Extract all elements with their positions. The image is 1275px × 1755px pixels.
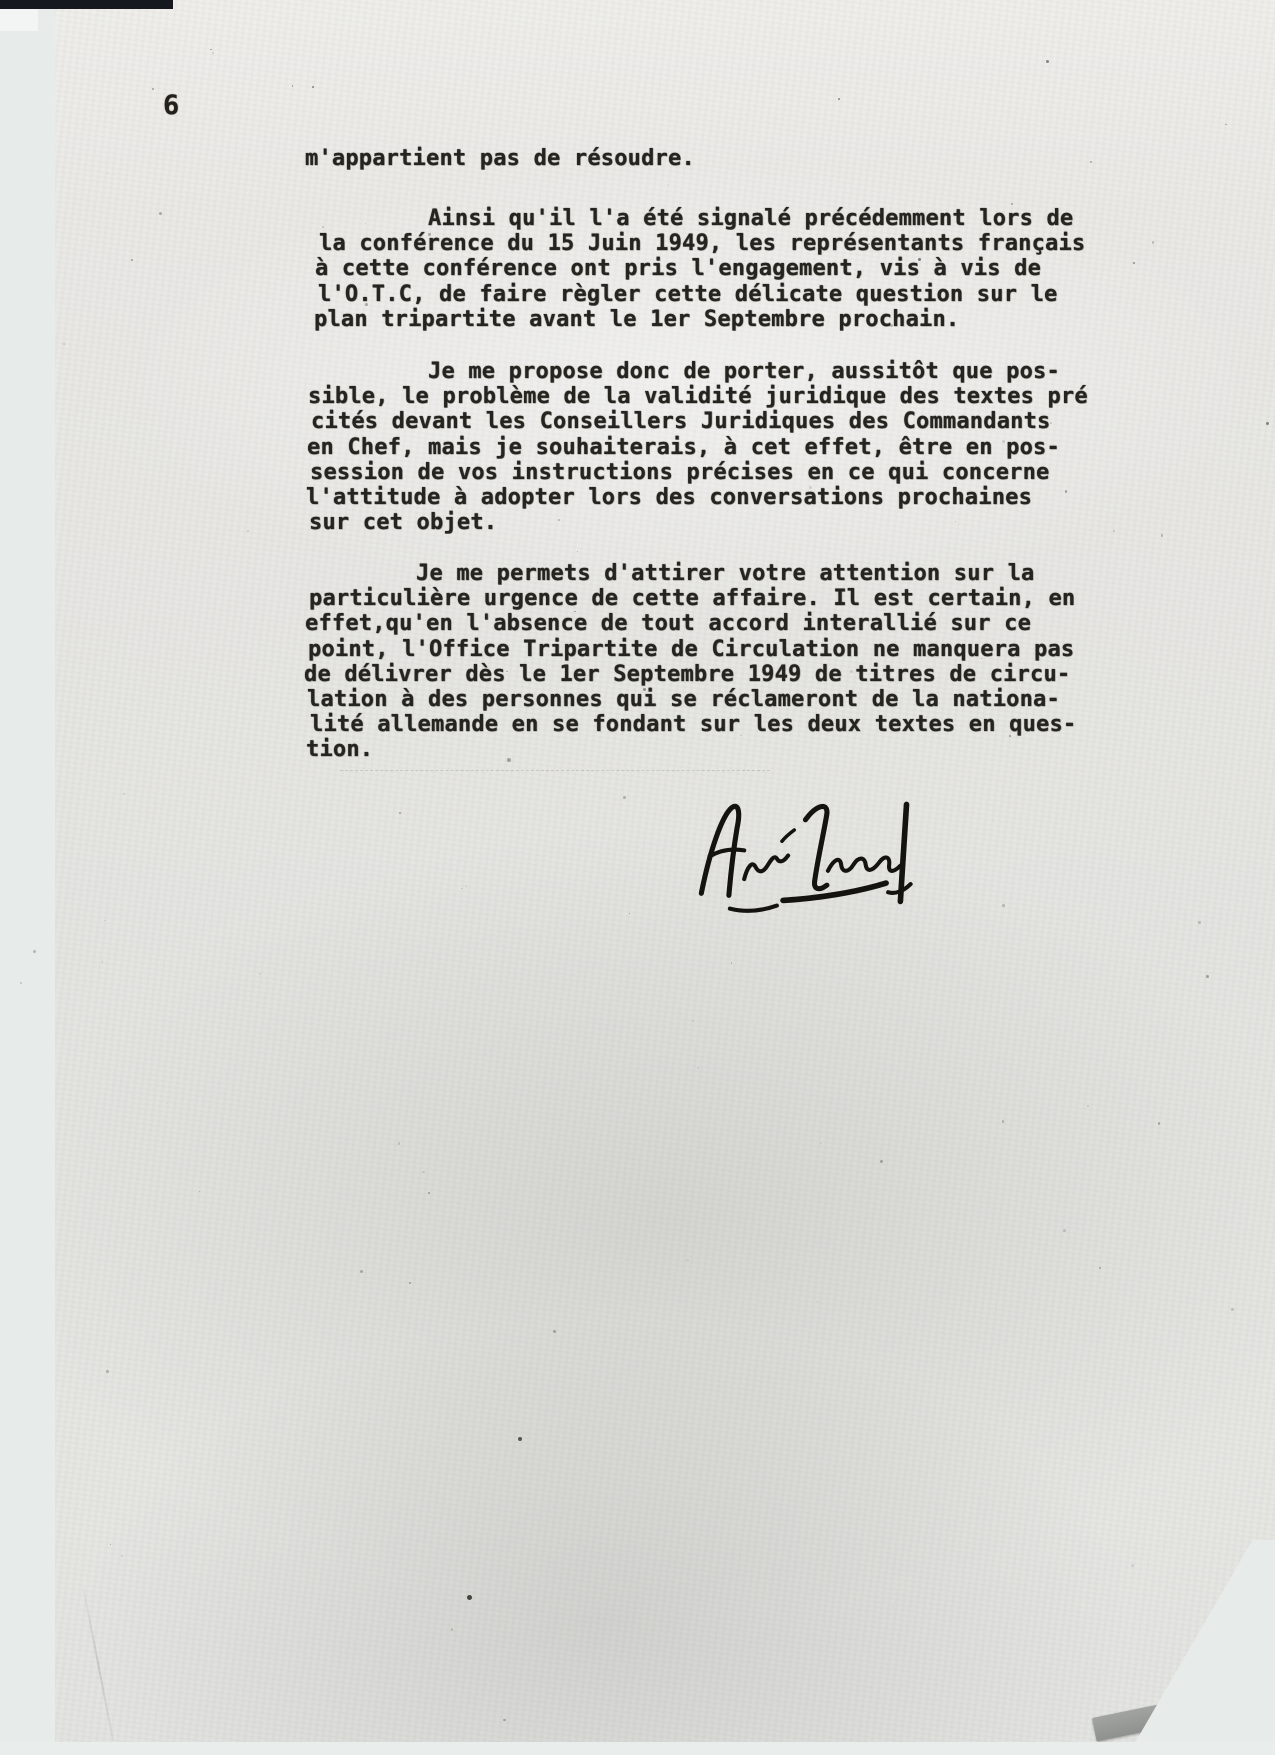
scan-dust-speck bbox=[623, 796, 626, 799]
paper-crease-diagonal bbox=[82, 1586, 114, 1741]
text-line: à cette conférence ont pris l'engagement… bbox=[315, 256, 1041, 281]
scan-corner-bar bbox=[0, 0, 173, 9]
scan-dust-speck bbox=[850, 670, 852, 672]
scan-dust-speck bbox=[501, 677, 503, 679]
scan-dust-speck bbox=[1099, 1267, 1101, 1269]
text-line: plan tripartite avant le 1er Septembre p… bbox=[314, 307, 959, 332]
scan-dust-speck bbox=[574, 611, 575, 612]
scan-dust-speck bbox=[1131, 1564, 1134, 1567]
text-line: l'attitude à adopter lors des conversati… bbox=[306, 485, 1032, 510]
scan-dust-speck bbox=[1063, 1229, 1066, 1232]
scan-dust-speck bbox=[838, 98, 840, 100]
text-line: lation à des personnes qui se réclameron… bbox=[307, 687, 1060, 712]
scan-dust-speck bbox=[553, 1330, 556, 1333]
text-line: de délivrer dès le 1er Septembre 1949 de… bbox=[304, 662, 1070, 687]
scan-dust-speck bbox=[20, 982, 22, 984]
scan-dust-speck bbox=[928, 498, 930, 500]
scan-dust-speck bbox=[212, 52, 214, 54]
scan-dust-speck bbox=[981, 658, 982, 659]
scanned-document: 6 m'appartient pas de résoudre.Ainsi qu'… bbox=[0, 0, 1275, 1755]
text-line: point, l'Office Tripartite de Circulatio… bbox=[308, 637, 1074, 662]
text-line: Ainsi qu'il l'a été signalé précédemment… bbox=[428, 206, 1073, 231]
text-line: en Chef, mais je souhaiterais, à cet eff… bbox=[307, 435, 1060, 460]
scan-dust-speck bbox=[33, 950, 36, 953]
paper-edge-sliver bbox=[0, 9, 38, 31]
scanner-bottom-edge bbox=[0, 1742, 1275, 1755]
signature-ink bbox=[685, 792, 930, 917]
text-line: cités devant les Conseillers Juridiques … bbox=[311, 409, 1050, 434]
page-number: 6 bbox=[163, 90, 179, 121]
scan-dust-speck bbox=[365, 303, 368, 306]
scan-dust-speck bbox=[131, 259, 133, 261]
scan-dust-speck bbox=[809, 486, 812, 489]
text-line: la conférence du 15 Juin 1949, les repré… bbox=[319, 231, 1085, 256]
text-line: l'O.T.C, de faire règler cette délicate … bbox=[318, 282, 1057, 307]
scan-dust-speck bbox=[247, 530, 249, 532]
scan-dust-speck bbox=[820, 1143, 821, 1144]
scan-dust-speck bbox=[368, 154, 370, 156]
scan-dust-speck bbox=[507, 758, 511, 762]
scan-dust-speck bbox=[686, 1259, 689, 1262]
scan-dust-speck bbox=[1002, 904, 1005, 907]
scan-dust-speck bbox=[1065, 490, 1068, 493]
scan-dust-speck bbox=[152, 88, 154, 90]
signature bbox=[685, 792, 930, 917]
scan-dust-speck bbox=[106, 1370, 109, 1373]
scan-dust-speck bbox=[890, 324, 893, 327]
scan-dust-speck bbox=[1050, 422, 1051, 423]
paper-sheet: 6 m'appartient pas de résoudre.Ainsi qu'… bbox=[55, 0, 1275, 1744]
scan-dust-speck bbox=[312, 86, 314, 88]
scan-dust-speck bbox=[1002, 440, 1005, 443]
scan-dust-speck bbox=[1198, 921, 1201, 924]
text-line: Je me permets d'attirer votre attention … bbox=[416, 561, 1034, 586]
scan-dust-speck bbox=[503, 1719, 505, 1721]
text-line: sible, le problème de la validité juridi… bbox=[308, 384, 1088, 409]
scan-dust-speck bbox=[740, 735, 741, 736]
scan-dust-speck bbox=[159, 212, 162, 215]
scan-dust-speck bbox=[365, 223, 366, 224]
scan-dust-speck bbox=[63, 343, 65, 345]
scan-dust-speck bbox=[643, 688, 646, 691]
text-line: effet,qu'en l'absence de tout accord int… bbox=[305, 611, 1031, 636]
scan-dust-speck bbox=[731, 962, 732, 963]
scan-dust-speck bbox=[467, 1595, 472, 1600]
text-line: particulière urgence de cette affaire. I… bbox=[309, 586, 1075, 611]
text-line: sur cet objet. bbox=[309, 510, 497, 535]
scan-dust-speck bbox=[110, 1544, 111, 1545]
scan-dust-speck bbox=[104, 920, 105, 921]
scan-dust-speck bbox=[1266, 422, 1269, 425]
scan-dust-speck bbox=[1133, 262, 1135, 264]
paper-crease-horizontal bbox=[340, 770, 770, 771]
scan-dust-speck bbox=[485, 718, 486, 719]
scan-dust-speck bbox=[518, 1437, 522, 1441]
scan-dust-speck bbox=[428, 233, 430, 235]
scan-dust-speck bbox=[558, 519, 559, 520]
scan-dust-speck bbox=[880, 1160, 883, 1163]
scan-dust-speck bbox=[121, 1555, 123, 1557]
scan-dust-speck bbox=[451, 1628, 454, 1631]
text-line: lité allemande en se fondant sur les deu… bbox=[310, 712, 1076, 737]
scan-dust-speck bbox=[1046, 60, 1049, 63]
scan-dust-speck bbox=[584, 395, 586, 397]
scan-dust-speck bbox=[360, 1270, 363, 1273]
scan-dust-speck bbox=[1206, 975, 1209, 978]
text-line: Je me propose donc de porter, aussitôt q… bbox=[428, 359, 1060, 384]
text-line: tion. bbox=[306, 737, 373, 762]
scan-dust-speck bbox=[692, 1020, 694, 1022]
scan-dust-speck bbox=[918, 258, 921, 261]
text-line: m'appartient pas de résoudre. bbox=[305, 146, 695, 171]
scan-dust-speck bbox=[1152, 241, 1154, 243]
scan-dust-speck bbox=[428, 1192, 430, 1194]
scan-dust-speck bbox=[892, 1606, 893, 1607]
text-line: session de vos instructions précises en … bbox=[310, 460, 1049, 485]
scan-dust-speck bbox=[697, 1067, 699, 1069]
scan-dust-speck bbox=[167, 1103, 168, 1104]
